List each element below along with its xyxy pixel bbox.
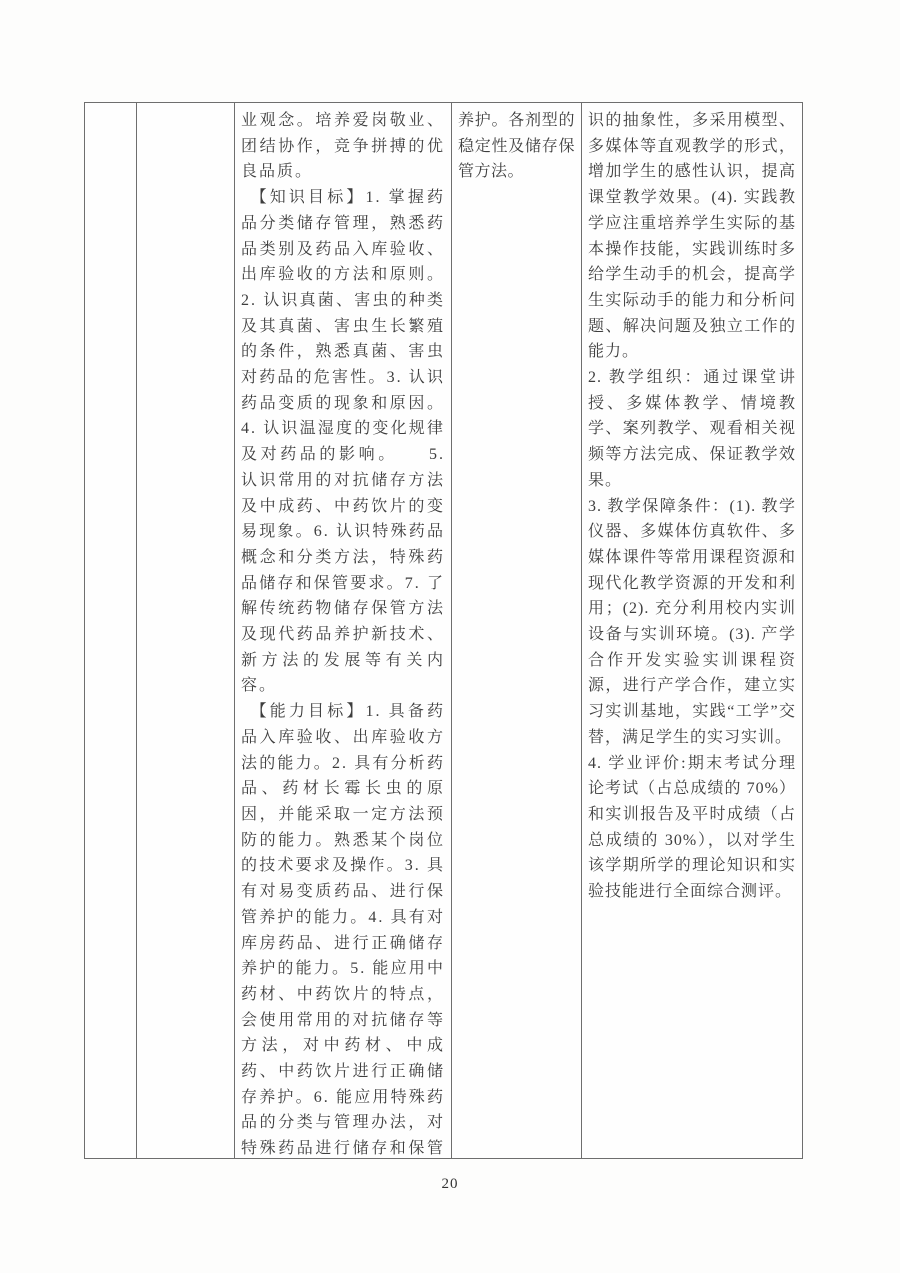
teaching-organization-paragraph: 2. 教学组织：通过课堂讲授、多媒体教学、情境教学、案列教学、观看相关视频等方法… xyxy=(588,365,796,494)
course-plan-table: 业观念。培养爱岗敬业、团结协作，竞争拼搏的优良品质。 【知识目标】1. 掌握药品… xyxy=(84,102,803,1159)
table-cell-empty-1 xyxy=(85,103,136,1158)
table-cell-key-points: 养护。各剂型的稳定性及储存保管方法。 xyxy=(451,103,581,1158)
document-page: 业观念。培养爱岗敬业、团结协作，竞争拼搏的优良品质。 【知识目标】1. 掌握药品… xyxy=(0,0,900,1273)
table-cell-teaching-methods: 识的抽象性，多采用模型、多媒体等直观教学的形式，增加学生的感性认识，提高课堂教学… xyxy=(581,103,802,1158)
page-number: 20 xyxy=(0,1176,900,1193)
teaching-support-conditions-paragraph: 3. 教学保障条件：(1). 教学仪器、多媒体仿真软件、多媒体课件等常用课程资源… xyxy=(588,494,796,751)
academic-evaluation-paragraph: 4. 学业评价:期末考试分理论考试（占总成绩的 70%）和实训报告及平时成绩（占… xyxy=(588,751,796,905)
table-cell-empty-2 xyxy=(136,103,234,1158)
knowledge-objectives-paragraph: 【知识目标】1. 掌握药品分类储存管理，熟悉药品类别及药品入库验收、出库验收的方… xyxy=(241,185,445,699)
key-points-paragraph: 养护。各剂型的稳定性及储存保管方法。 xyxy=(458,108,575,185)
teaching-methods-continuation-paragraph: 识的抽象性，多采用模型、多媒体等直观教学的形式，增加学生的感性认识，提高课堂教学… xyxy=(588,108,796,365)
table-cell-objectives: 业观念。培养爱岗敬业、团结协作，竞争拼搏的优良品质。 【知识目标】1. 掌握药品… xyxy=(234,103,451,1158)
objectives-continuation-paragraph: 业观念。培养爱岗敬业、团结协作，竞争拼搏的优良品质。 xyxy=(241,108,445,185)
ability-objectives-paragraph: 【能力目标】1. 具备药品入库验收、出库验收方法的能力。2. 具有分析药品、药材… xyxy=(241,699,445,1158)
